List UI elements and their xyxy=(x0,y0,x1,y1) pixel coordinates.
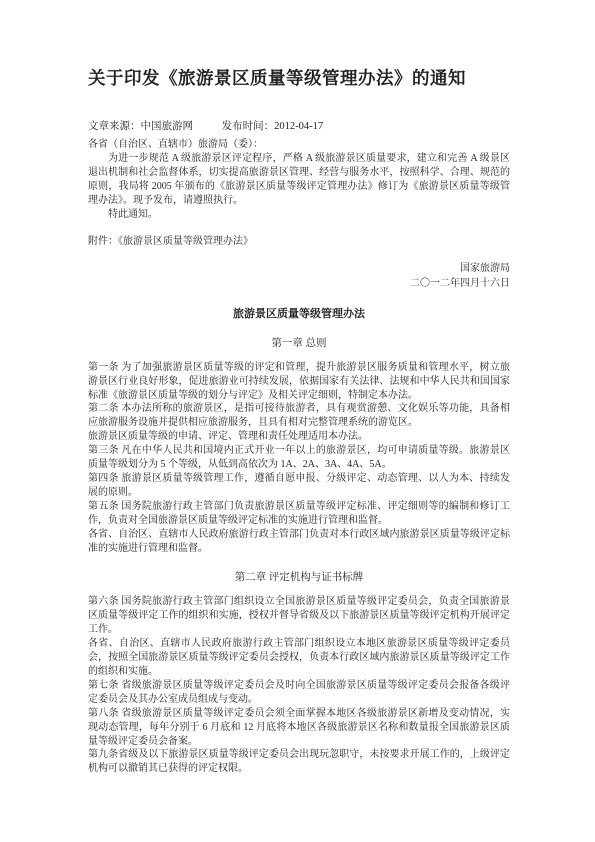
article-8: 第八条 省级旅游景区质量等级评定委员会须全面掌握本地区各级旅游景区新增及变动情况… xyxy=(88,707,510,749)
article-7: 第七条 省级旅游景区质量等级评定委员会及时向全国旅游景区质量等级评定委员会报备各… xyxy=(88,679,510,707)
attachment-line: 附件：《旅游景区质量等级管理办法》 xyxy=(88,235,510,249)
article-9: 第九条省级及以下旅游景区质量等级评定委员会出现玩忽职守，未按要求开展工作的，上级… xyxy=(88,748,510,776)
article-2: 第二条 本办法所称的旅游景区，是指可接待旅游者，具有观赏游憩、文化娱乐等功能，具… xyxy=(88,402,510,430)
chapter-1-heading: 第一章 总则 xyxy=(88,337,510,351)
article-6: 第六条 国务院旅游行政主管部门组织设立全国旅游景区质量等级评定委员会，负责全国旅… xyxy=(88,595,510,637)
issue-date: 二〇一二年四月十六日 xyxy=(88,277,510,291)
article-5: 第五条 国务院旅游行政主管部门负责旅游景区质量等级评定标准、评定细则等的编制和修… xyxy=(88,500,510,528)
article-6-continuation: 各省、自治区、直辖市人民政府旅游行政主管部门组织设立本地区旅游景区质量等级评定委… xyxy=(88,637,510,679)
salutation: 各省（自治区、直辖市）旅游局（委）： xyxy=(88,138,510,152)
publish-time: 发布时间：2012-04-17 xyxy=(222,121,324,132)
article-1: 第一条 为了加强旅游景区质量等级的评定和管理，提升旅游景区服务质量和管理水平，树… xyxy=(88,361,510,403)
notice-paragraph: 为进一步规范 A 级旅游景区评定程序，严格 A 级旅游景区质量要求，建立和完善 … xyxy=(88,152,510,208)
signature-block: 国家旅游局 二〇一二年四月十六日 xyxy=(88,262,510,290)
chapter-2-heading: 第二章 评定机构与证书标牌 xyxy=(88,571,510,585)
page-title: 关于印发《旅游景区质量等级管理办法》的通知 xyxy=(88,67,510,89)
regulation-title: 旅游景区质量等级管理办法 xyxy=(88,307,510,321)
article-4: 第四条 旅游景区质量等级管理工作，遵循自愿申报、分级评定、动态管理、以人为本、持… xyxy=(88,472,510,500)
issuer-name: 国家旅游局 xyxy=(88,262,510,276)
notice-closing: 特此通知。 xyxy=(88,208,510,222)
article-5-continuation: 各省、自治区、直辖市人民政府旅游行政主管部门负责对本行政区域内旅游景区质量等级评… xyxy=(88,528,510,556)
article-2-continuation: 旅游景区质量等级的申请、评定、管理和责任处理适用本办法。 xyxy=(88,430,510,444)
article-3: 第三条 凡在中华人民共和国境内正式开业一年以上的旅游景区，均可申请质量等级。旅游… xyxy=(88,444,510,472)
article-meta: 文章来源：中国旅游网 发布时间：2012-04-17 xyxy=(88,120,510,134)
article-source: 文章来源：中国旅游网 xyxy=(88,121,193,132)
document-page: 关于印发《旅游景区质量等级管理办法》的通知 文章来源：中国旅游网 发布时间：20… xyxy=(0,0,595,842)
